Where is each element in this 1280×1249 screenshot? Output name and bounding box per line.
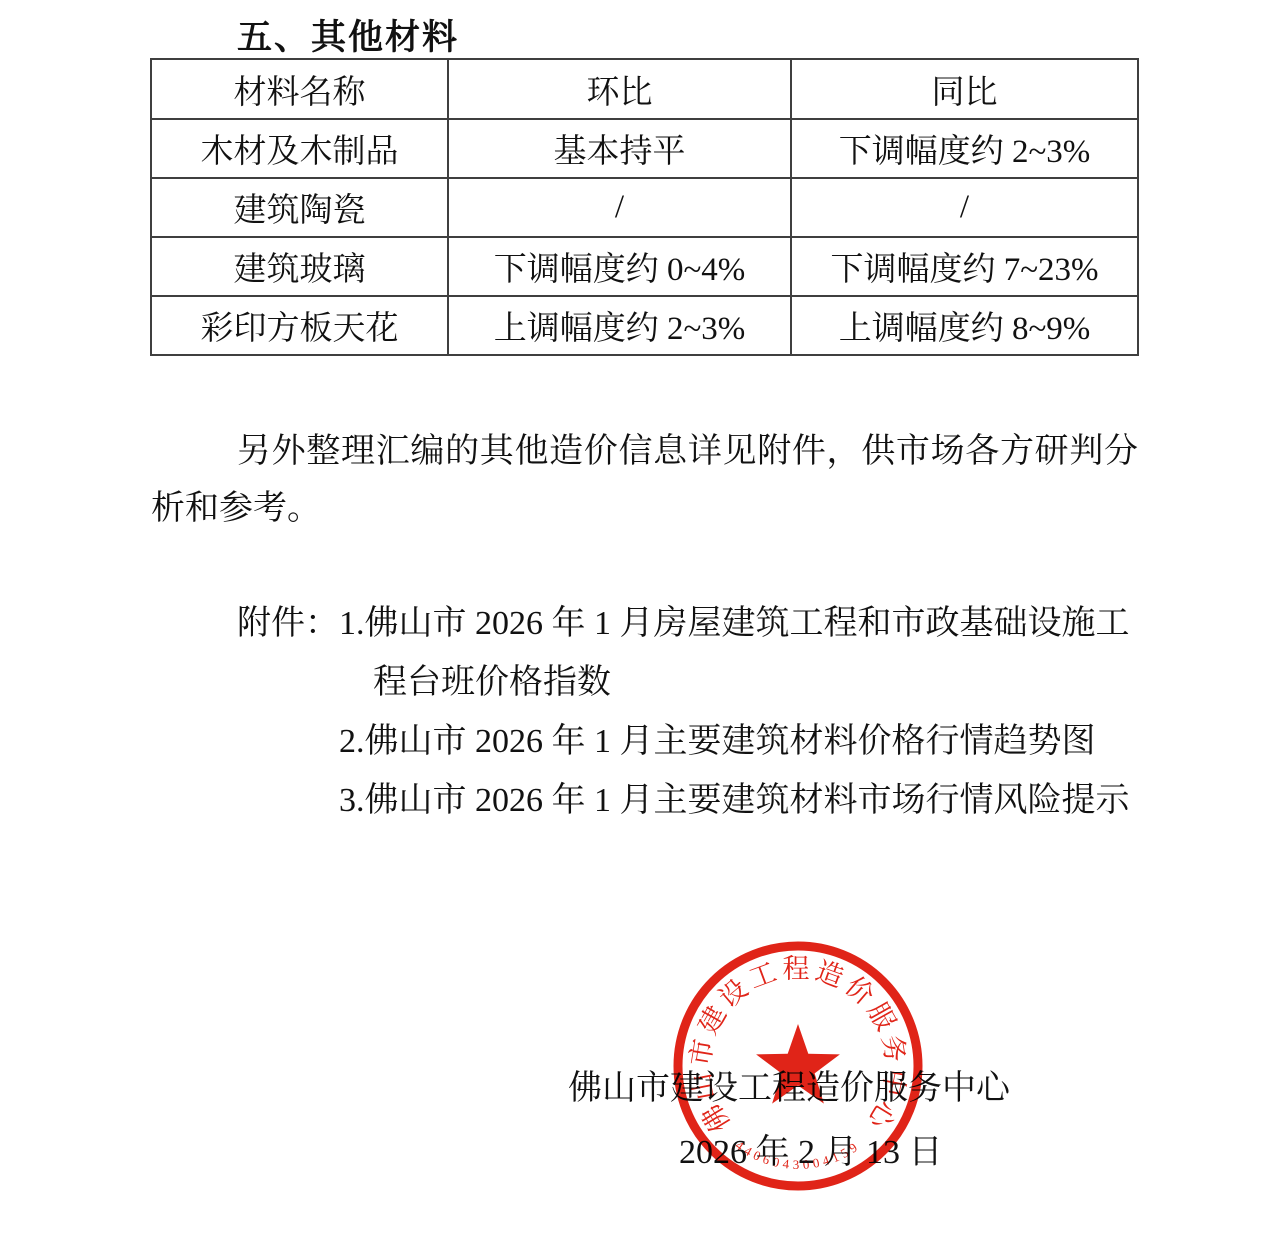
table-row: 彩印方板天花 上调幅度约 2~3% 上调幅度约 8~9% — [151, 296, 1138, 355]
cell-mom: 下调幅度约 0~4% — [448, 237, 791, 296]
attachments-block: 附件： 1.佛山市 2026 年 1 月房屋建筑工程和市政基础设施工程台班价格指… — [237, 594, 1139, 830]
col-header-yoy: 同比 — [791, 59, 1138, 119]
materials-table: 材料名称 环比 同比 木材及木制品 基本持平 下调幅度约 2~3% 建筑陶瓷 /… — [150, 58, 1139, 356]
attachment-item: 2.佛山市 2026 年 1 月主要建筑材料价格行情趋势图 — [339, 712, 1139, 771]
cell-material: 木材及木制品 — [151, 119, 448, 178]
signature-date: 2026 年 2 月 13 日 — [679, 1124, 943, 1173]
cell-yoy: 下调幅度约 7~23% — [791, 237, 1138, 296]
col-header-mom: 环比 — [448, 59, 791, 119]
cell-material: 建筑陶瓷 — [151, 178, 448, 237]
cell-yoy: / — [791, 178, 1138, 237]
table-header-row: 材料名称 环比 同比 — [151, 59, 1138, 119]
table-row: 木材及木制品 基本持平 下调幅度约 2~3% — [151, 119, 1138, 178]
section-title: 五、其他材料 — [237, 10, 459, 60]
attachments-list: 1.佛山市 2026 年 1 月房屋建筑工程和市政基础设施工程台班价格指数 2.… — [339, 594, 1139, 830]
signature-organization: 佛山市建设工程造价服务中心 — [568, 1060, 1010, 1109]
table-row: 建筑玻璃 下调幅度约 0~4% 下调幅度约 7~23% — [151, 237, 1138, 296]
seal-arc-text: 佛山市建设工程造价服务中心 — [685, 954, 911, 1138]
cell-yoy: 下调幅度约 2~3% — [791, 119, 1138, 178]
attachment-item: 3.佛山市 2026 年 1 月主要建筑材料市场行情风险提示 — [339, 771, 1139, 830]
cell-mom: 基本持平 — [448, 119, 791, 178]
cell-material: 彩印方板天花 — [151, 296, 448, 355]
cell-material: 建筑玻璃 — [151, 237, 448, 296]
cell-yoy: 上调幅度约 8~9% — [791, 296, 1138, 355]
table-row: 建筑陶瓷 / / — [151, 178, 1138, 237]
attachment-item: 1.佛山市 2026 年 1 月房屋建筑工程和市政基础设施工程台班价格指数 — [339, 594, 1139, 712]
cell-mom: 上调幅度约 2~3% — [448, 296, 791, 355]
cell-mom: / — [448, 178, 791, 237]
col-header-material-name: 材料名称 — [151, 59, 448, 119]
attachments-label: 附件： — [237, 594, 339, 653]
body-paragraph: 另外整理汇编的其他造价信息详见附件，供市场各方研判分析和参考。 — [151, 423, 1138, 537]
